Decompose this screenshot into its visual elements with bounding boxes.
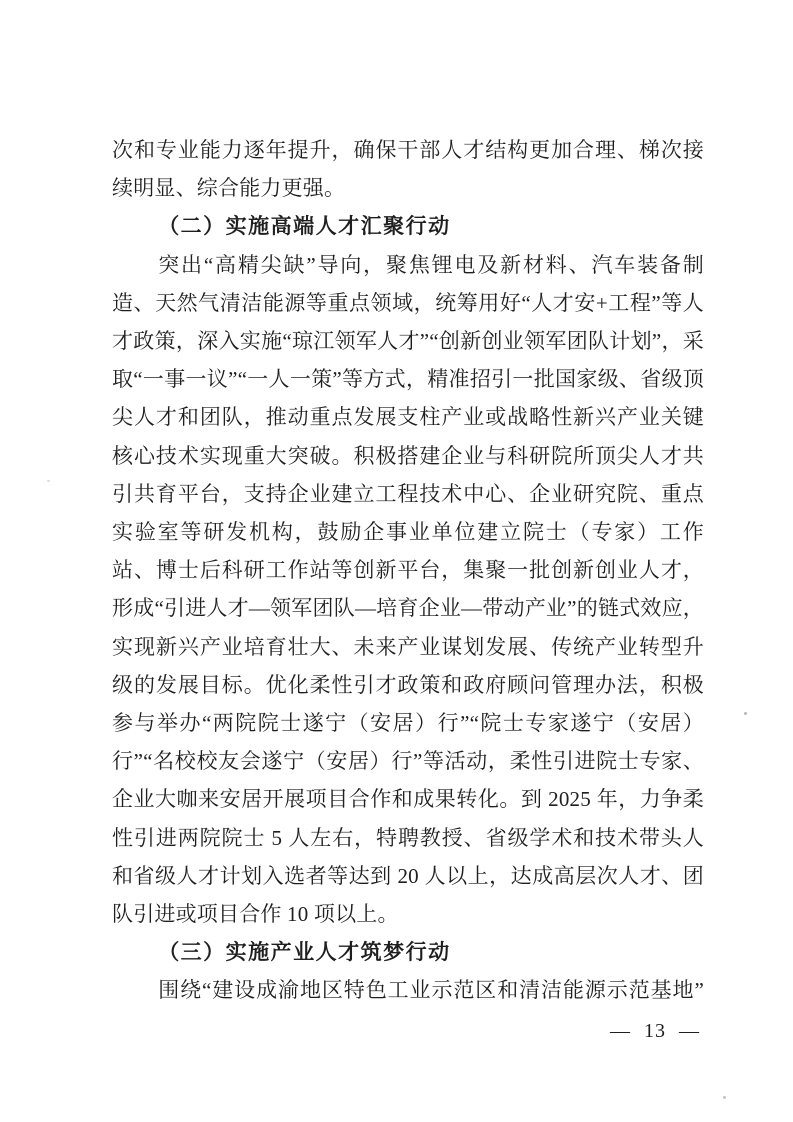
document-page: 次和专业能力逐年提升，确保干部人才结构更加合理、梯次接续明显、综合能力更强。 （…	[0, 0, 793, 1122]
paragraph-section-3-first-line: 围绕“建设成渝地区特色工业示范区和清洁能源示范基地”	[112, 971, 704, 1009]
paragraph-continuation: 次和专业能力逐年提升，确保干部人才结构更加合理、梯次接续明显、综合能力更强。	[112, 131, 704, 207]
section-heading-3: （三）实施产业人才筑梦行动	[112, 933, 704, 971]
scan-speck	[744, 712, 747, 715]
section-heading-2: （二）实施高端人才汇聚行动	[112, 207, 704, 245]
paragraph-section-2: 突出“高精尖缺”导向，聚焦锂电及新材料、汽车装备制造、天然气清洁能源等重点领域，…	[112, 246, 704, 934]
document-body: 次和专业能力逐年提升，确保干部人才结构更加合理、梯次接续明显、综合能力更强。 （…	[112, 131, 704, 1010]
scan-speck	[723, 1096, 726, 1099]
page-number: — 13 —	[610, 1019, 700, 1043]
scan-speck	[47, 480, 50, 482]
